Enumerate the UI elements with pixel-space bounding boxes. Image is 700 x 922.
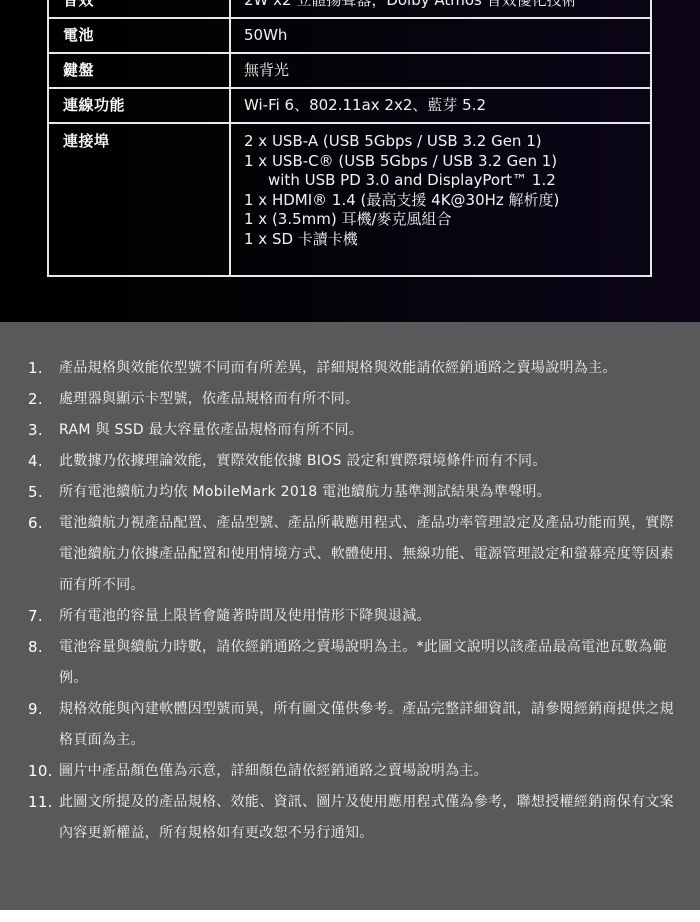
spec-row-battery: 電池 50Wh — [48, 18, 651, 53]
item-number: 3. — [28, 415, 58, 446]
spec-row-audio: 音效 2W x2 立體揚聲器，Dolby Atmos 音效優化技術 — [48, 0, 651, 18]
disclaimer-item: 3.RAM 與 SSD 最大容量依產品規格而有所不同。 — [28, 415, 688, 446]
spec-section: 音效 2W x2 立體揚聲器，Dolby Atmos 音效優化技術 電池 50W… — [0, 0, 700, 322]
disclaimer-item: 8.電池容量與續航力時數，請依經銷通路之賣場說明為主。*此圖文說明以該產品最高電… — [28, 632, 688, 694]
item-text: 圖片中產品顏色僅為示意，詳細顏色請依經銷通路之賣場說明為主。 — [59, 763, 488, 779]
spec-label: 電池 — [48, 18, 230, 53]
port-item-detail: with USB PD 3.0 and DisplayPort™ 1.2 — [244, 171, 650, 191]
item-number: 4. — [28, 446, 58, 477]
spec-value: 無背光 — [230, 53, 651, 88]
item-text: 此圖文所提及的產品規格、效能、資訊、圖片及使用應用程式僅為參考，聯想授權經銷商保… — [59, 794, 674, 841]
item-text: 所有電池續航力均依 MobileMark 2018 電池續航力基準測試結果為準聲… — [59, 484, 551, 500]
spec-row-ports: 連接埠 2 x USB-A (USB 5Gbps / USB 3.2 Gen 1… — [48, 123, 651, 276]
ports-list: 2 x USB-A (USB 5Gbps / USB 3.2 Gen 1) 1 … — [230, 123, 651, 276]
spec-label: 音效 — [48, 0, 230, 18]
spec-row-connectivity: 連線功能 Wi-Fi 6、802.11ax 2x2、藍芽 5.2 — [48, 88, 651, 123]
item-number: 10. — [28, 756, 58, 787]
item-number: 5. — [28, 477, 58, 508]
item-number: 6. — [28, 508, 58, 539]
item-text: 此數據乃依據理論效能，實際效能依據 BIOS 設定和實際環境條件而有不同。 — [59, 453, 547, 469]
spec-label: 鍵盤 — [48, 53, 230, 88]
spec-label: 連線功能 — [48, 88, 230, 123]
item-text: 處理器與顯示卡型號，依產品規格而有所不同。 — [59, 391, 359, 407]
spec-value: 50Wh — [230, 18, 651, 53]
port-item: 1 x HDMI® 1.4 (最高支援 4K@30Hz 解析度) — [244, 191, 650, 211]
item-number: 7. — [28, 601, 58, 632]
disclaimer-item: 5.所有電池續航力均依 MobileMark 2018 電池續航力基準測試結果為… — [28, 477, 688, 508]
item-text: 產品規格與效能依型號不同而有所差異，詳細規格與效能請依經銷通路之賣場說明為主。 — [59, 360, 617, 376]
item-number: 9. — [28, 694, 58, 725]
port-item: 2 x USB-A (USB 5Gbps / USB 3.2 Gen 1) — [244, 132, 650, 152]
disclaimer-item: 2.處理器與顯示卡型號，依產品規格而有所不同。 — [28, 384, 688, 415]
spec-value: 2W x2 立體揚聲器，Dolby Atmos 音效優化技術 — [230, 0, 651, 18]
disclaimer-list: 1.產品規格與效能依型號不同而有所差異，詳細規格與效能請依經銷通路之賣場說明為主… — [28, 353, 688, 849]
item-text: 電池容量與續航力時數，請依經銷通路之賣場說明為主。*此圖文說明以該產品最高電池瓦… — [59, 639, 667, 686]
spec-label: 連接埠 — [48, 123, 230, 276]
disclaimer-item: 1.產品規格與效能依型號不同而有所差異，詳細規格與效能請依經銷通路之賣場說明為主… — [28, 353, 688, 384]
disclaimer-item: 7.所有電池的容量上限皆會隨著時間及使用情形下降與退減。 — [28, 601, 688, 632]
port-item: 1 x USB-C® (USB 5Gbps / USB 3.2 Gen 1) — [244, 152, 650, 172]
spec-table: 音效 2W x2 立體揚聲器，Dolby Atmos 音效優化技術 電池 50W… — [47, 0, 652, 277]
item-number: 1. — [28, 353, 58, 384]
spec-row-keyboard: 鍵盤 無背光 — [48, 53, 651, 88]
item-text: 規格效能與內建軟體因型號而異，所有圖文僅供參考。產品完整詳細資訊，請參閱經銷商提… — [59, 701, 674, 748]
item-text: 電池續航力視產品配置、產品型號、產品所載應用程式、產品功率管理設定及產品功能而異… — [59, 515, 674, 593]
disclaimer-item: 6.電池續航力視產品配置、產品型號、產品所載應用程式、產品功率管理設定及產品功能… — [28, 508, 688, 601]
item-text: 所有電池的容量上限皆會隨著時間及使用情形下降與退減。 — [59, 608, 431, 624]
disclaimer-item: 9.規格效能與內建軟體因型號而異，所有圖文僅供參考。產品完整詳細資訊，請參閱經銷… — [28, 694, 688, 756]
spec-value: Wi-Fi 6、802.11ax 2x2、藍芽 5.2 — [230, 88, 651, 123]
item-number: 2. — [28, 384, 58, 415]
item-text: RAM 與 SSD 最大容量依產品規格而有所不同。 — [59, 422, 363, 438]
item-number: 11. — [28, 787, 58, 818]
disclaimer-section: 1.產品規格與效能依型號不同而有所差異，詳細規格與效能請依經銷通路之賣場說明為主… — [0, 322, 700, 910]
port-item: 1 x SD 卡讀卡機 — [244, 230, 650, 250]
disclaimer-item: 10.圖片中產品顏色僅為示意，詳細顏色請依經銷通路之賣場說明為主。 — [28, 756, 688, 787]
port-item: 1 x (3.5mm) 耳機/麥克風組合 — [244, 210, 650, 230]
disclaimer-item: 11.此圖文所提及的產品規格、效能、資訊、圖片及使用應用程式僅為參考，聯想授權經… — [28, 787, 688, 849]
item-number: 8. — [28, 632, 58, 663]
disclaimer-item: 4.此數據乃依據理論效能，實際效能依據 BIOS 設定和實際環境條件而有不同。 — [28, 446, 688, 477]
